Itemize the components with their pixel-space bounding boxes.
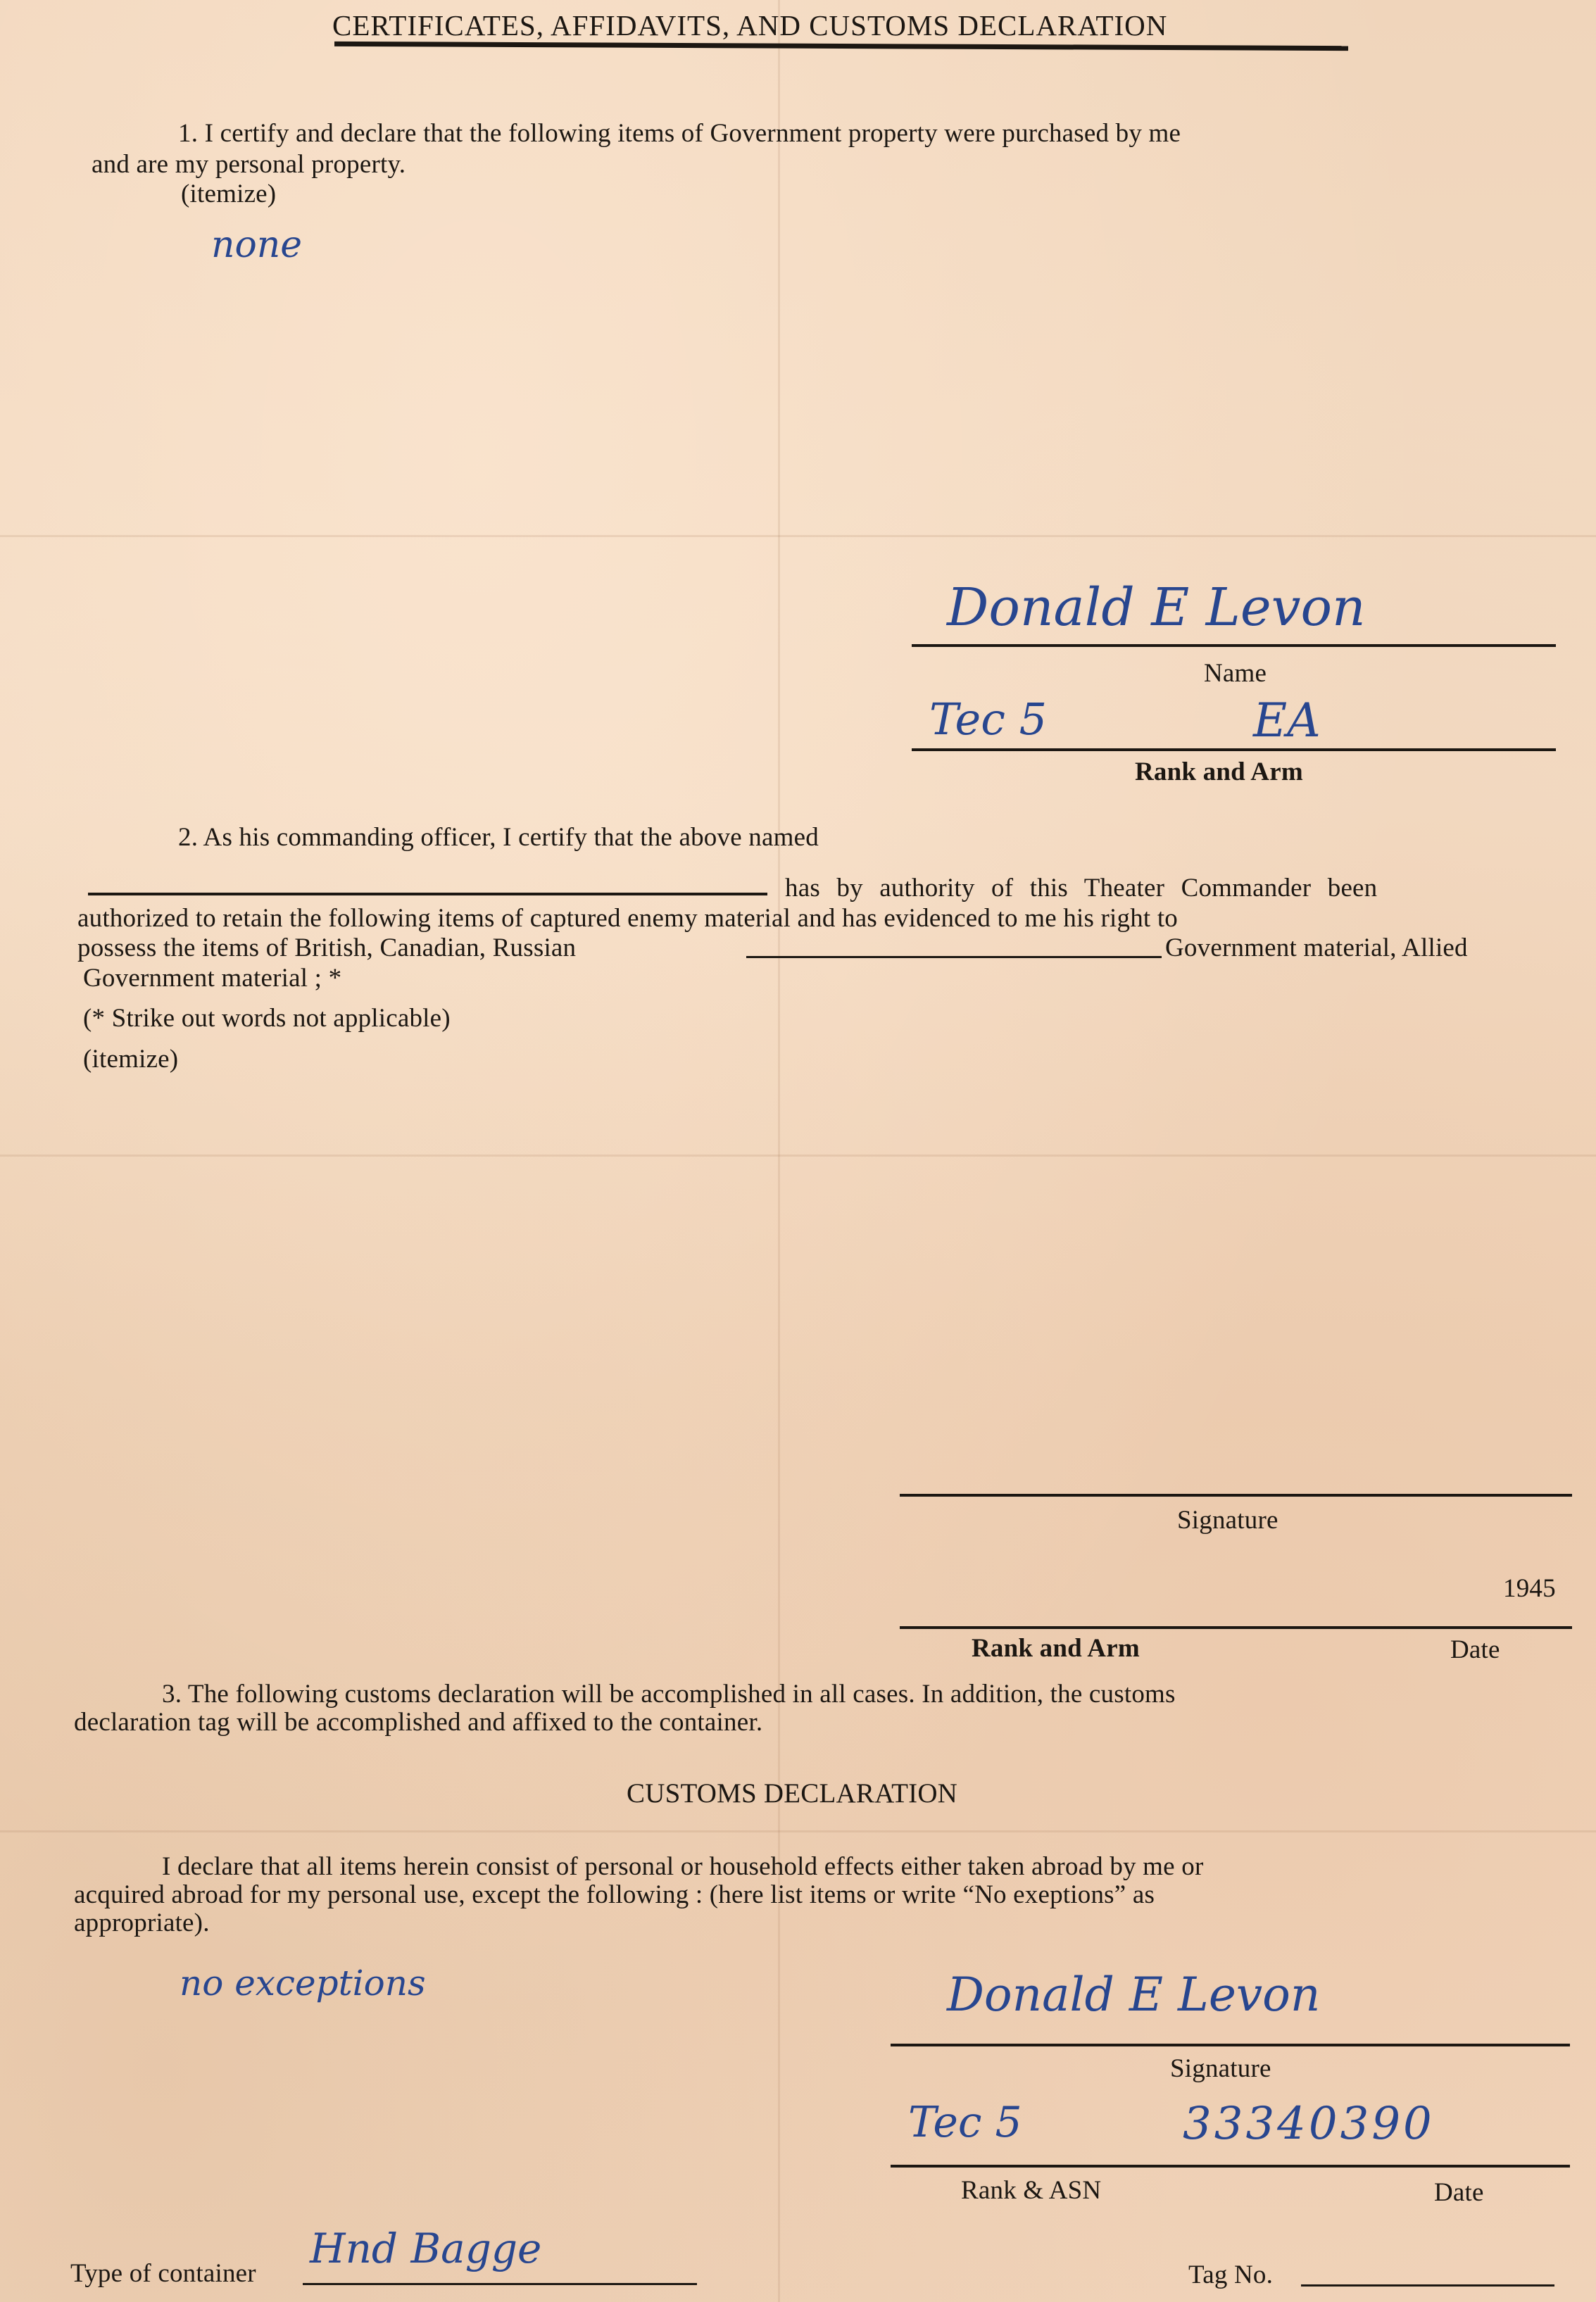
section3-line2: declaration tag will be accomplished and… [74,1707,762,1737]
tag-number-label: Tag No. [1188,2260,1273,2290]
customs-asn-entry[interactable]: 33340390 [1183,2098,1435,2150]
tag-number-line[interactable] [1301,2284,1554,2287]
section2-line1: 2. As his commanding officer, I certify … [178,822,819,853]
customs-line1: I declare that all items herein consist … [162,1851,1203,1882]
officer-date-label: Date [1450,1635,1500,1665]
customs-line3: appropriate). [74,1908,210,1938]
customs-signature-label: Signature [1170,2053,1271,2084]
name-label: Name [1204,658,1267,688]
officer-name-line[interactable] [88,893,767,895]
section1-rank-entry[interactable]: Tec 5 [929,693,1047,745]
officer-signature-line[interactable] [900,1494,1572,1497]
document-title: CERTIFICATES, AFFIDAVITS, AND CUSTOMS DE… [332,8,1167,42]
fold-crease [0,535,1596,537]
document-page: CERTIFICATES, AFFIDAVITS, AND CUSTOMS DE… [0,0,1596,2302]
container-entry[interactable]: Hnd Bagge [310,2225,541,2272]
container-label: Type of container [70,2258,256,2289]
fold-crease [0,1830,1596,1832]
section2-itemize: (itemize) [83,1044,178,1074]
section1-line1: 1. I certify and declare that the follow… [178,118,1181,149]
section2-line2: has by authority of this Theater Command… [785,873,1377,903]
section1-arm-entry[interactable]: EA [1253,693,1321,748]
container-line [303,2283,697,2285]
customs-date-label: Date [1434,2177,1484,2208]
section2-line4a: possess the items of British, Canadian, … [77,933,576,963]
section2-footnote: (* Strike out words not applicable) [83,1003,451,1033]
officer-rank-arm-label: Rank and Arm [972,1633,1140,1663]
rank-arm-line [912,748,1556,751]
customs-signature-entry[interactable]: Donald E Levon [947,1968,1320,2022]
customs-rank-asn-label: Rank & ASN [961,2175,1101,2206]
officer-rank-date-line[interactable] [900,1626,1572,1629]
customs-rank-date-line [891,2165,1570,2168]
title-underline [334,42,1348,51]
rank-arm-label: Rank and Arm [1135,757,1303,787]
customs-heading: CUSTOMS DECLARATION [627,1778,957,1809]
section1-items-entry[interactable]: none [211,224,302,266]
section2-line4b: Government material, Allied [1165,933,1468,963]
customs-line2: acquired abroad for my personal use, exc… [74,1880,1155,1910]
section3-line1: 3. The following customs declaration wil… [162,1679,1176,1709]
customs-exceptions-entry[interactable]: no exceptions [180,1963,426,2004]
section1-itemize: (itemize) [181,179,276,209]
customs-signature-line [891,2044,1570,2046]
section2-year: 1945 [1503,1573,1556,1604]
officer-signature-label: Signature [1177,1505,1278,1535]
section2-line5: Government material ; * [83,963,341,993]
name-line [912,644,1556,647]
section2-line3: authorized to retain the following items… [77,903,1178,933]
fold-crease [778,0,780,2302]
fold-crease [0,1155,1596,1157]
customs-rank-entry[interactable]: Tec 5 [908,2098,1022,2147]
other-government-line[interactable] [746,956,1162,958]
section1-line2: and are my personal property. [92,149,406,180]
section1-name-entry[interactable]: Donald E Levon [947,577,1366,638]
